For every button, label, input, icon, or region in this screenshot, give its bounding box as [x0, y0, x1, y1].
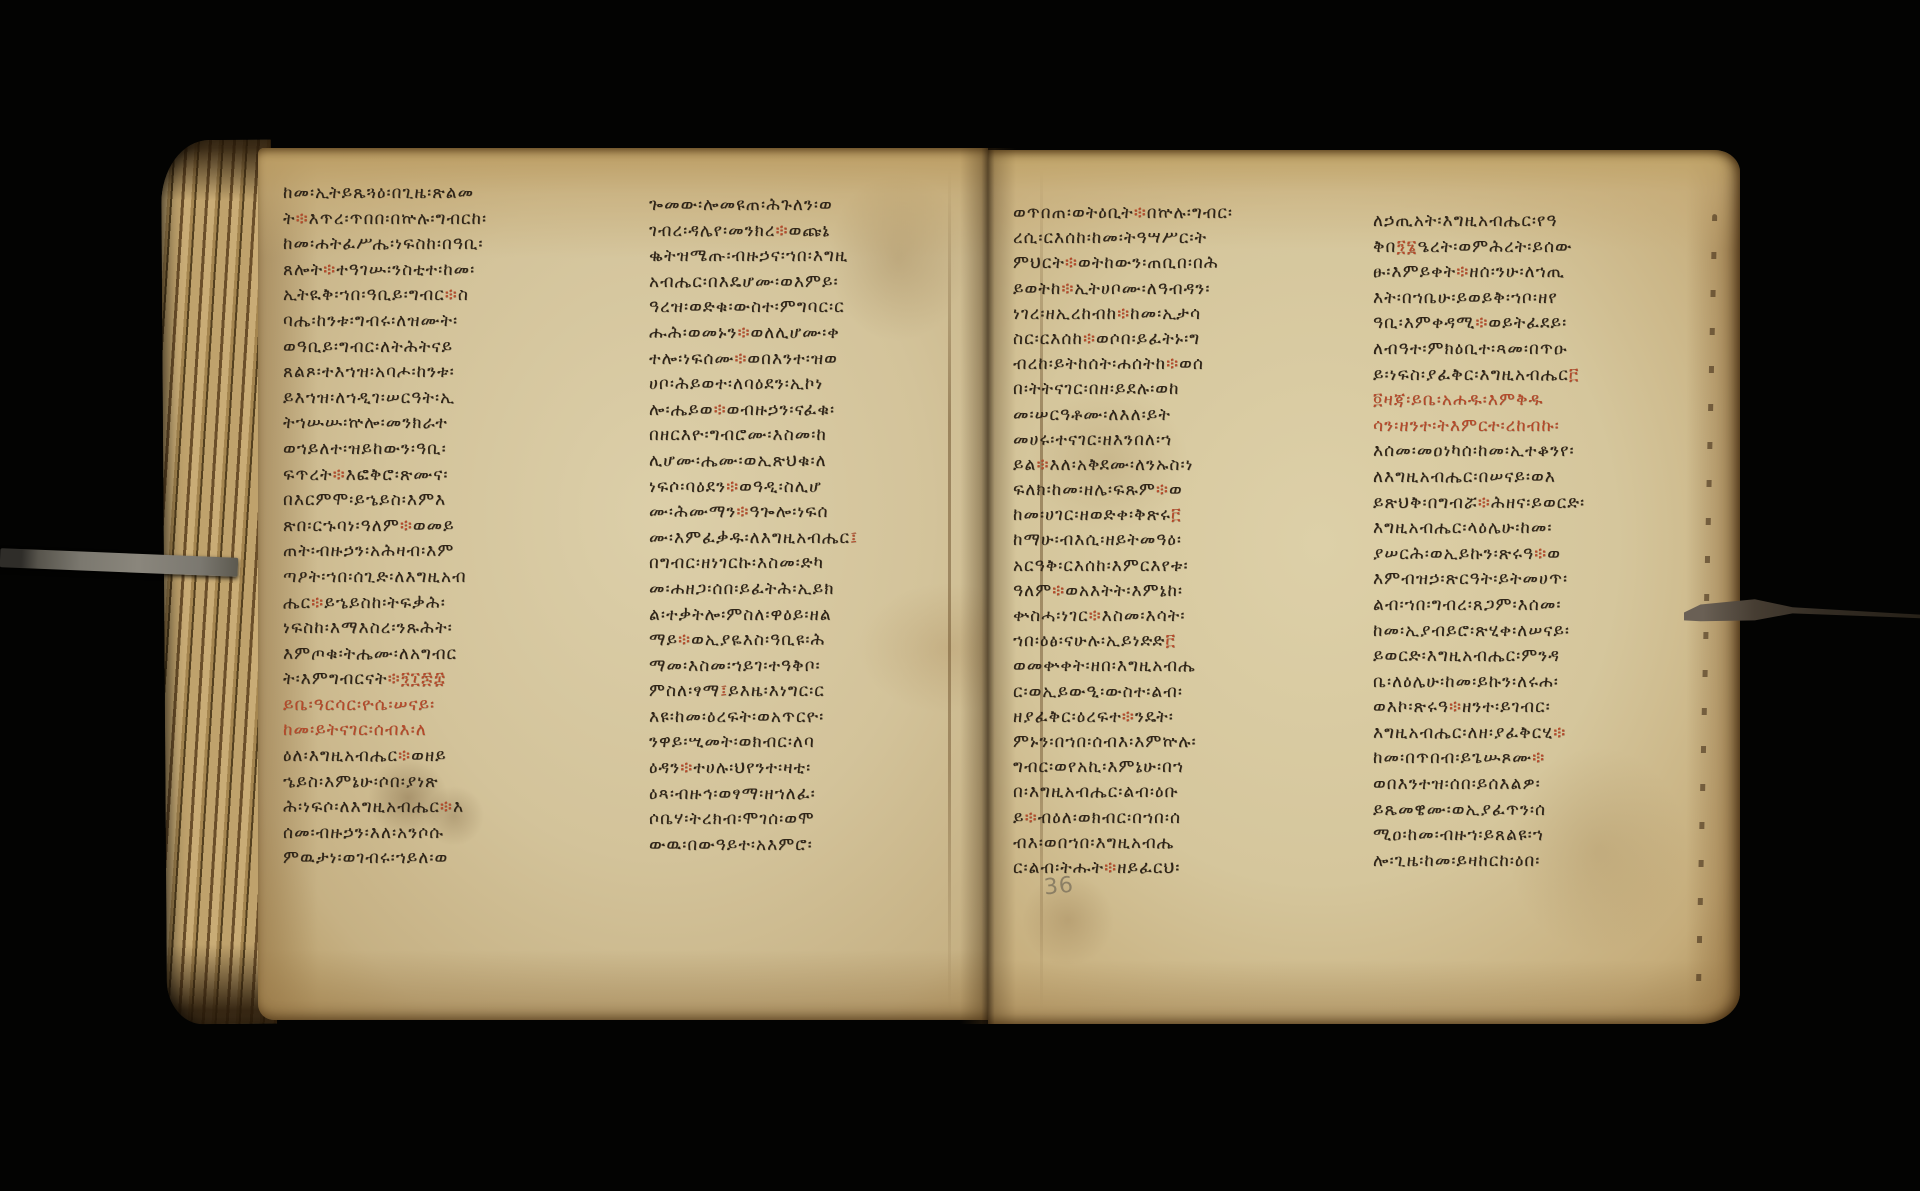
text-line: በግብር፡ዘነገርኩ፡እስመ፡ድካ: [649, 551, 987, 577]
text-line: ያሠርሕ፡ወኢይኩን፡ጽሩዓ፨ወ: [1373, 542, 1715, 568]
text-segment: ወሶበ፡ይፈትኑ፡ግ: [1096, 329, 1200, 349]
text-line: ሎ፡ጊዜ፡ከመ፡ይዛከርከ፡ዕበ፡: [1373, 849, 1715, 875]
text-segment: ፍጥረት: [283, 465, 333, 485]
text-segment: ት: [283, 209, 296, 229]
text-segment: ሀቦ፡ሕይወተ፡ለባዕደን፡ኢኮነ: [649, 374, 823, 394]
text-segment: ዘንተ፡ይገብር፡: [1462, 697, 1551, 717]
text-line: ከመ፡በጥበብ፡ይጌሡጾሙ፨: [1373, 746, 1715, 772]
rubric-text-segment: ፨: [1134, 203, 1147, 223]
text-line: ዓቢ፡እምቀዳሚ፨ወይትፈደይ፡: [1373, 311, 1715, 337]
text-line: በእርምሞ፡ይኄይስ፡እምእ: [283, 488, 639, 514]
rubric-text-segment: ፨: [1117, 304, 1130, 324]
text-line: ሙ፡ሕሙማን፨ዓጐሎ፡ነፍሰ: [649, 500, 987, 526]
pencil-folio-number: 36: [1043, 873, 1075, 901]
text-segment: ወ: [1547, 544, 1561, 564]
text-line: እት፡በኀቤሁ፡ይወይቅ፡ኀቦ፡ዘየ: [1373, 286, 1715, 312]
text-line: ይል፨እለ፡አቅደሙ፡ለንኡስ፡ነ: [1013, 453, 1361, 478]
rubric-text-segment: ፨: [1025, 808, 1038, 828]
text-line: ግብር፡ወየአኪ፡እምኔሁ፡በኀ: [1013, 755, 1361, 780]
text-line: ምዉታነ፡ወገብሩ፡ኀይለ፡ወ: [283, 846, 639, 872]
text-line: ፍጥረት፨እፎቅሮ፡ጽሙና፡: [283, 463, 639, 489]
text-segment: ከመ፡ሀገር፡ዘወድቀ፡ቅጽሩ: [1013, 505, 1171, 525]
text-line: ይወትከ፨ኢትሀቦሙ፡ለዓብዳን፡: [1013, 277, 1361, 302]
text-segment: ኀበ፡ዕፅ፡ናሁሉ፡ኢይነድድ: [1013, 631, 1165, 651]
text-segment: ጸሎት: [283, 260, 323, 280]
text-segment: ጣዖት፡ኀበ፡ሰጊድ፡ለእግዚአብ: [283, 567, 467, 587]
text-line: ፬ዛጃ፡ይቤ፡አሐዱ፡እምቅዱ: [1373, 388, 1715, 414]
text-segment: እምብዝኃ፡ጽርዓት፡ይትመሀጥ፡: [1373, 569, 1568, 589]
text-segment: ስር፡ርእሰከ: [1013, 329, 1083, 349]
text-segment: ሕዘና፡ይወርድ፡: [1491, 493, 1585, 513]
text-line: ዕጻ፡ብዙኅ፡ወፃማ፡ዘኀለፈ፡: [649, 782, 987, 808]
text-segment: ወበእንተዝ፡ሰበ፡ይሰእልዎ፡: [1373, 774, 1541, 794]
rubric-text-segment: ፨: [1478, 493, 1491, 513]
rubric-text-segment: ፨: [1104, 858, 1117, 878]
text-segment: ነፍሶ፡ባዕደን: [649, 477, 726, 497]
text-line: መ፡ሠርዓቶሙ፡ለእለ፡ይት: [1013, 403, 1361, 428]
text-segment: ሔር: [283, 593, 311, 613]
text-segment: ል፡ተቃትሎ፡ምስለ፡ዋዕይ፡ዘል: [649, 605, 832, 625]
text-segment: ልብ፡ኀበ፡ግብረ፡ጸጋም፡እሰመ፡: [1373, 595, 1561, 615]
text-line: አብሔር፡በእዴሆሙ፡ወእምይ፡: [649, 270, 987, 296]
rubric-text-segment: ፫: [1165, 631, 1176, 651]
text-segment: ማይ: [649, 630, 678, 650]
rubric-text-segment: ፨: [1052, 581, 1065, 601]
text-segment: ዘይፈርህ፡: [1117, 858, 1180, 878]
rubric-text-segment: ፨: [1061, 279, 1074, 299]
text-segment: እግዚአብሔር፡ለዘ፡ያፈቅርሂ: [1373, 723, 1553, 743]
text-line: ኄይስ፡እምኔሁ፡ሶበ፡ያነጽ: [283, 770, 639, 796]
text-segment: ይ: [1013, 808, 1025, 828]
text-segment: ይጽህቅ፡በግብሯ: [1373, 493, 1478, 513]
text-line: ይ፡ነፍስ፡ያፈቅር፡እግዚአብሔር፫: [1373, 363, 1715, 389]
text-line: ይወርድ፡እግዚአብሔር፡ምንዳ: [1373, 644, 1715, 670]
text-line: ለኃጢአት፡እግዚአብሔር፡የዓ: [1373, 209, 1715, 235]
text-segment: በ፡ትትናገር፡በዘ፡ይደሉ፡ወከ: [1013, 379, 1180, 399]
text-segment: ወለሊሆሙ፡ቀ: [751, 323, 840, 343]
rubric-text-segment: ፨: [1089, 606, 1102, 626]
text-line: ስር፡ርእሰከ፨ወሶበ፡ይፈትኑ፡ግ: [1013, 327, 1361, 352]
text-segment: ዔረት፡ወምሕረት፡ይሰው: [1417, 237, 1572, 257]
text-segment: ይጼመዌሙ፡ወኢያፈጥን፡ሰ: [1373, 800, 1546, 820]
text-column-right-2: ለኃጢአት፡እግዚአብሔር፡የዓቅበ፺፮ዔረት፡ወምሕረት፡ይሰውፁ፡እምይቀት…: [1373, 209, 1715, 874]
text-line: ወጥበጠ፡ወትዕቢት፨በኵሉ፡ግብር፡: [1013, 201, 1361, 226]
text-segment: ተዓገሡ፡ንስቲተ፡ከመ፡: [336, 260, 475, 280]
text-line: ዓለም፨ወአእትት፡እምኔከ፡: [1013, 579, 1361, 604]
text-segment: ምዉታነ፡ወገብሩ፡ኀይለ፡ወ: [283, 848, 448, 868]
text-segment: ወብዙኃን፡ናፈቁ፡: [727, 400, 836, 420]
text-segment: ንዴት፡: [1135, 707, 1174, 727]
text-segment: እምጦቁ፡ትሔሙ፡ለአግብር: [283, 644, 457, 664]
rubric-text-segment: ፨: [400, 516, 413, 536]
text-segment: ፍለክ፡ከመ፡ዘሌ፡ፍጹም: [1013, 480, 1156, 500]
text-segment: ረሲ፡ርእሰከ፡ከመ፡ትዓሣሥር፡ት: [1013, 228, 1207, 248]
rubric-text-segment: ፨: [726, 477, 739, 497]
text-segment: ቈትዝሜጡ፡ብዙኃና፡ኀበ፡እግዚ: [649, 246, 848, 266]
text-segment: ምስለ፡ፃማ: [649, 681, 720, 701]
text-line: ምኑን፡በኀበ፡ሰብእ፡እምኵሉ፡: [1013, 730, 1361, 755]
rubric-text-segment: ፨: [1449, 697, 1462, 717]
text-segment: እት፡በኀቤሁ፡ይወይቅ፡ኀቦ፡ዘየ: [1373, 288, 1558, 308]
text-segment: ሎ፡ጊዜ፡ከመ፡ይዛከርከ፡ዕበ፡: [1373, 851, 1540, 871]
text-segment: መ፡ሠርዓቶሙ፡ለእለ፡ይት: [1013, 405, 1171, 425]
text-segment: ዘሰ፡ንሁ፡ለኀጢ: [1469, 262, 1565, 282]
text-segment: ዕዳን: [649, 758, 680, 778]
text-segment: ወጩኔ: [789, 221, 831, 241]
text-line: ልብ፡ኀበ፡ግብረ፡ጸጋም፡እሰመ፡: [1373, 593, 1715, 619]
rubric-text-segment: ፨: [736, 502, 749, 522]
text-line: አርዓቅ፡ርእሰከ፡እምርእየቱ፡: [1013, 554, 1361, 579]
rubric-text-segment: ፨: [440, 797, 453, 817]
text-line: ጸሎት፨ተዓገሡ፡ንስቲተ፡ከመ፡: [283, 258, 639, 284]
text-line: ሶቤሃ፡ትረክብ፡ሞገሰ፡ወሞ: [649, 807, 987, 833]
text-line: ከመ፡ሐትፈሥሔ፡ነፍስከ፡በዓቢ፡: [283, 232, 639, 258]
text-segment: ር፡ወኢይውዒ፡ውስተ፡ልብ፡: [1013, 682, 1183, 702]
text-segment: ግብር፡ወየአኪ፡እምኔሁ፡በኀ: [1013, 757, 1184, 777]
rubric-text-segment: ፨: [1456, 262, 1469, 282]
text-segment: ከመ፡ኢታሳ: [1130, 304, 1201, 324]
text-line: ውዉ፡በውዓይተ፡አእምሮ፡: [649, 833, 987, 859]
text-segment: ወይትፈደይ፡: [1488, 313, 1567, 333]
text-line: ወእኮ፡ጽሩዓ፨ዘንተ፡ይገብር፡: [1373, 695, 1715, 721]
text-segment: ብእ፡ወበኀበ፡እግዚአብሔ: [1013, 833, 1174, 853]
text-line: ወመቍቀት፡ዘበ፡እግዚአብሔ: [1013, 654, 1361, 679]
text-segment: ገብረ፡ዳሌየ፡መንክረ: [649, 221, 776, 241]
text-line: ነገረ፡ዘኢረከብከ፨ከመ፡ኢታሳ: [1013, 302, 1361, 327]
text-segment: ወኀይለተ፡ዝይከውን፡ዓቢ፡: [283, 439, 447, 459]
text-segment: ሊሆሙ፡ሔሙ፡ወኢጽህቁ፡ለ: [649, 451, 827, 471]
rubric-text-segment: ፨: [734, 349, 747, 369]
text-line: ቅበ፺፮ዔረት፡ወምሕረት፡ይሰው: [1373, 235, 1715, 261]
text-line: ባሔ፡ከንቱ፡ግብሩ፡ለዝሙት፡: [283, 309, 639, 335]
text-segment: ኄይስ፡እምኔሁ፡ሶበ፡ያነጽ: [283, 772, 439, 792]
text-segment: ሙ፡ሕሙማን: [649, 502, 736, 522]
text-segment: እፎቅሮ፡ጽሙና፡: [346, 465, 449, 485]
text-segment: ነፍስከ፡እማእስረ፡ንጹሕት፡: [283, 618, 453, 638]
text-line: ሕ፡ነፍሶ፡ለእግዚአብሔር፨እ: [283, 795, 639, 821]
text-line: እሰመ፡መዐነካሰ፡ከመ፡ኢተቆንየ፡: [1373, 439, 1715, 465]
text-segment: ጠት፡ብዙኃን፡አሕዛብ፡እም: [283, 541, 454, 561]
text-line: ወኀይለተ፡ዝይከውን፡ዓቢ፡: [283, 437, 639, 463]
text-segment: ምኑን፡በኀበ፡ሰብእ፡እምኵሉ፡: [1013, 732, 1197, 752]
text-segment: ኢትሀቦሙ፡ለዓብዳን፡: [1074, 279, 1210, 299]
text-line: እዩ፡ከመ፡ዕረፍት፡ወአጥርዮ፡: [649, 705, 987, 731]
text-segment: ከመ፡ኢትይጼጓዕ፡በጊዜ፡ጽልመ: [283, 183, 474, 203]
text-segment: ዕለ፡እግዚአብሔር: [283, 746, 398, 766]
text-line: ይቤ፡ዓርሳር፡ዮሴ፡ሠናይ፡: [283, 693, 639, 719]
text-line: ሙ፡እምፈቃዱ፡ለእግዚአብሔር፤: [649, 526, 987, 552]
text-segment: ወእኮ፡ጽሩዓ: [1373, 697, 1449, 717]
text-line: ይእኀዝ፡ለኀዲገ፡ሠርዓት፡ኢ: [283, 386, 639, 412]
text-segment: ተሎ፡ነፍሰሙ: [649, 349, 734, 369]
rubric-text-segment: ከመ፡ይትናገር፡ሰብእ፡ለ: [283, 720, 427, 740]
text-segment: ቤ፡ለዕሌሁ፡ከመ፡ይኩን፡ለሩሐ፡: [1373, 672, 1559, 692]
text-line: ዓረዝ፡ወድቁ፡ውስተ፡ምግባር፡ር: [649, 295, 987, 321]
text-segment: ለእግዚአብሔር፡በሠናይ፡ወእ: [1373, 467, 1556, 487]
text-line: ከመ፡ይትናገር፡ሰብእ፡ለ: [283, 718, 639, 744]
text-line: ቈትዝሜጡ፡ብዙኃና፡ኀበ፡እግዚ: [649, 244, 987, 270]
text-line: ከመ፡ኢያብይሮ፡ጽሂቀ፡ለሠናይ፡: [1373, 619, 1715, 645]
text-line: ከመ፡ሀገር፡ዘወድቀ፡ቅጽሩ፫: [1013, 503, 1361, 528]
text-segment: ከማሁ፡ብእሲ፡ዘይትመዓዕ፡: [1013, 530, 1182, 550]
text-segment: ሰመ፡ብዙኃን፡እለ፡አንሶሱ: [283, 823, 444, 843]
text-line: ቍስሓ፡ነገር፨እስመ፡እሳት፡: [1013, 604, 1361, 629]
rubric-text-segment: ፨: [1475, 313, 1488, 333]
text-segment: ባሔ፡ከንቱ፡ግብሩ፡ለዝሙት፡: [283, 311, 458, 331]
text-segment: ይ፡ነፍስ፡ያፈቅር፡እግዚአብሔር: [1373, 365, 1569, 385]
rubric-text-segment: ፤: [850, 528, 858, 548]
text-segment: ዓቢ፡እምቀዳሚ: [1373, 313, 1475, 333]
text-segment: ወ: [1169, 480, 1183, 500]
text-column-right-1: ወጥበጠ፡ወትዕቢት፨በኵሉ፡ግብር፡ረሲ፡ርእሰከ፡ከመ፡ትዓሣሥር፡ትምህር…: [1013, 201, 1361, 881]
text-segment: ሎ፡ሔይወ: [649, 400, 714, 420]
text-line: ማይ፨ወኢያዬእስ፡ዓቢዩ፡ሕ: [649, 628, 987, 654]
text-line: በ፡እግዚአብሔር፡ልብ፡ዕቡ: [1013, 780, 1361, 805]
text-line: ሚዐ፡ከመ፡ብዙኀ፡ይጸልዩ፡ኀ: [1373, 823, 1715, 849]
text-line: ምስለ፡ፃማ፤ይእዜ፡እነግር፡ር: [649, 679, 987, 705]
text-segment: ዕጻ፡ብዙኅ፡ወፃማ፡ዘኀለፈ፡: [649, 784, 816, 804]
text-line: ዕለ፡እግዚአብሔር፨ወዘይ: [283, 744, 639, 770]
text-segment: ዓጐሎ፡ነፍሰ: [749, 502, 828, 522]
text-segment: በእርምሞ፡ይኄይስ፡እምእ: [283, 490, 446, 510]
text-segment: ይወርድ፡እግዚአብሔር፡ምንዳ: [1373, 646, 1560, 666]
text-line: ኀበ፡ዕፅ፡ናሁሉ፡ኢይነድድ፫: [1013, 629, 1361, 654]
rubric-text-segment: ፨: [1553, 723, 1566, 743]
text-line: ዘያፈቅር፡ዕረፍተ፨ንዴት፡: [1013, 705, 1361, 730]
text-segment: እጥረ፡ጥበበ፡በኵሉ፡ግብርከ፡: [309, 209, 488, 229]
text-segment: ስ: [458, 285, 469, 305]
text-segment: አርዓቅ፡ርእሰከ፡እምርእየቱ፡: [1013, 556, 1189, 576]
rubric-text-segment: ፨: [1122, 707, 1135, 727]
text-line: ለብዓተ፡ምክዕቢተ፡ጻመ፡በጥዑ: [1373, 337, 1715, 363]
text-line: ብረከ፡ይትከሰት፡ሐሰትከ፨ወሰ: [1013, 352, 1361, 377]
rubric-text-segment: ፨: [323, 260, 336, 280]
text-segment: ከመ፡ኢያብይሮ፡ጽሂቀ፡ለሠናይ፡: [1373, 621, 1570, 641]
text-line: እምጦቁ፡ትሔሙ፡ለአግብር: [283, 642, 639, 668]
text-line: እግዚአብሔር፡ላዕሌሁ፡ከመ፡: [1373, 516, 1715, 542]
text-segment: ይእኀዝ፡ለኀዲገ፡ሠርዓት፡ኢ: [283, 388, 455, 408]
text-line: ሎ፡ሔይወ፨ወብዙኃን፡ናፈቁ፡: [649, 398, 987, 424]
text-line: እምብዝኃ፡ጽርዓት፡ይትመሀጥ፡: [1373, 567, 1715, 593]
text-segment: ሚዐ፡ከመ፡ብዙኀ፡ይጸልዩ፡ኀ: [1373, 825, 1544, 845]
text-line: ሊሆሙ፡ሔሙ፡ወኢጽህቁ፡ለ: [649, 449, 987, 475]
text-segment: ትኀሡሡ፡ኵሎ፡መንክራተ: [283, 413, 448, 433]
text-segment: እለ፡አቅደሙ፡ለንኡስ፡ነ: [1049, 455, 1193, 475]
text-segment: ዓለም: [1013, 581, 1052, 601]
text-segment: ቍስሓ፡ነገር: [1013, 606, 1089, 626]
text-line: ጣዖት፡ኀበ፡ሰጊድ፡ለእግዚአብ: [283, 565, 639, 591]
rubric-text-segment: ፨: [1036, 455, 1049, 475]
text-line: በዘርእዮ፡ግብሮሙ፡እስመ፡ከ: [649, 423, 987, 449]
text-segment: ጽበ፡ርኁባነ፡ዓለም: [283, 516, 400, 536]
rubric-text-segment: ፫: [1171, 505, 1182, 525]
text-line: ወዓቢይ፡ግብር፡ለትሕትናይ: [283, 335, 639, 361]
text-segment: ወጥበጠ፡ወትዕቢት: [1013, 203, 1134, 223]
text-line: ለእግዚአብሔር፡በሠናይ፡ወእ: [1373, 465, 1715, 491]
text-segment: ት፡እምግብርናት: [283, 669, 388, 689]
text-segment: እ: [453, 797, 464, 817]
rubric-text-segment: ፨: [1156, 480, 1169, 500]
text-segment: አብሔር፡በእዴሆሙ፡ወእምይ፡: [649, 272, 839, 292]
rubric-text-segment: ፨: [311, 593, 324, 613]
rubric-text-segment: ፨: [296, 209, 309, 229]
text-segment: ወሰ: [1179, 354, 1204, 374]
text-line: ይጼመዌሙ፡ወኢያፈጥን፡ሰ: [1373, 798, 1715, 824]
text-segment: ቅበ: [1373, 237, 1396, 257]
text-segment: ለኃጢአት፡እግዚአብሔር፡የዓ: [1373, 211, 1557, 231]
text-line: ይ፨ብዕለ፡ወክብር፡በኀበ፡ሰ: [1013, 806, 1361, 831]
text-segment: በ፡እግዚአብሔር፡ልብ፡ዕቡ: [1013, 782, 1179, 802]
text-line: ኢትዪቅ፡ኀበ፡ዓቢይ፡ግብር፨ስ: [283, 283, 639, 309]
rubric-text-segment: ፤: [720, 681, 728, 701]
text-segment: በግብር፡ዘነገርኩ፡እስመ፡ድካ: [649, 553, 824, 573]
text-segment: ይኄይስከ፡ትፍቃሕ፡: [324, 593, 446, 613]
text-segment: ይል: [1013, 455, 1036, 475]
text-segment: በዘርእዮ፡ግብሮሙ፡እስመ፡ከ: [649, 425, 827, 445]
text-line: ቤ፡ለዕሌሁ፡ከመ፡ይኩን፡ለሩሐ፡: [1373, 670, 1715, 696]
text-line: ፍለክ፡ከመ፡ዘሌ፡ፍጹም፨ወ: [1013, 478, 1361, 503]
text-segment: ሕ፡ነፍሶ፡ለእግዚአብሔር: [283, 797, 440, 817]
rubric-text-segment: ፨: [737, 323, 750, 343]
text-segment: ወአእትት፡እምኔከ፡: [1065, 581, 1183, 601]
text-segment: ይወትከ: [1013, 279, 1061, 299]
text-segment: ብረከ፡ይትከሰት፡ሐሰትከ: [1013, 354, 1166, 374]
text-segment: ፁ፡እምይቀት: [1373, 262, 1456, 282]
text-segment: ለብዓተ፡ምክዕቢተ፡ጻመ፡በጥዑ: [1373, 339, 1568, 359]
text-segment: ዘያፈቅር፡ዕረፍተ: [1013, 707, 1122, 727]
text-segment: ወበእንተ፡ዝወ: [747, 349, 838, 369]
text-segment: እግዚአብሔር፡ላዕሌሁ፡ከመ፡: [1373, 518, 1552, 538]
text-segment: ያሠርሕ፡ወኢይኩን፡ጽሩዓ: [1373, 544, 1534, 564]
text-line: ሑሕ፡ወመኑን፨ወለሊሆሙ፡ቀ: [649, 321, 987, 347]
text-line: መሀሩ፡ተናገር፡ዘእንበለ፡ኀ: [1013, 428, 1361, 453]
text-segment: ብዕለ፡ወክብር፡በኀበ፡ሰ: [1038, 808, 1181, 828]
text-segment: ውዉ፡በውዓይተ፡አእምሮ፡: [649, 835, 813, 855]
text-column-left-1: ከመ፡ኢትይጼጓዕ፡በጊዜ፡ጽልመት፨እጥረ፡ጥበበ፡በኵሉ፡ግብርከ፡ከመ፡ሐ…: [283, 181, 639, 872]
text-line: ብእ፡ወበኀበ፡እግዚአብሔ: [1013, 831, 1361, 856]
text-line: ትኀሡሡ፡ኵሎ፡መንክራተ: [283, 411, 639, 437]
text-segment: ወትከውን፡ጠቢበ፡በሕ: [1078, 253, 1219, 273]
text-segment: ነገረ፡ዘኢረከብከ: [1013, 304, 1117, 324]
text-line: ጽበ፡ርኁባነ፡ዓለም፨ወመይ: [283, 514, 639, 540]
text-line: ል፡ተቃትሎ፡ምስለ፡ዋዕይ፡ዘል: [649, 603, 987, 629]
rubric-text-segment: ፬ዛጃ፡ይቤ፡አሐዱ፡እምቅዱ: [1373, 390, 1543, 410]
text-line: ጸልጾ፡ተእኀዝ፡አባሖ፡ከንቱ፡: [283, 360, 639, 386]
text-line: ፁ፡እምይቀት፨ዘሰ፡ንሁ፡ለኀጢ: [1373, 260, 1715, 286]
text-segment: መሀሩ፡ተናገር፡ዘእንበለ፡ኀ: [1013, 430, 1172, 450]
text-line: ንዋይ፡ሢመት፡ወክብር፡ለባ: [649, 730, 987, 756]
text-segment: ወዓቢይ፡ግብር፡ለትሕትናይ: [283, 337, 453, 357]
text-line: ምህርት፨ወትከውን፡ጠቢበ፡በሕ: [1013, 251, 1361, 276]
text-line: ከመ፡ኢትይጼጓዕ፡በጊዜ፡ጽልመ: [283, 181, 639, 207]
text-line: ይጽህቅ፡በግብሯ፨ሕዘና፡ይወርድ፡: [1373, 491, 1715, 517]
text-line: ገብረ፡ዳሌየ፡መንክረ፨ወጩኔ: [649, 219, 987, 245]
text-line: ማመ፡እስመ፡ኀይገ፡ተዓቅቦ፡: [649, 654, 987, 680]
text-column-left-2: ጐመው፡ሎመዩጠ፡ሕጉለን፡ወገብረ፡ዳሌየ፡መንክረ፨ወጩኔቈትዝሜጡ፡ብዙኃ…: [649, 193, 987, 858]
text-segment: ወመቍቀት፡ዘበ፡እግዚአብሔ: [1013, 656, 1196, 676]
text-line: ሔር፨ይኄይስከ፡ትፍቃሕ፡: [283, 591, 639, 617]
rubric-text-segment: ፨፺፲፷፰: [388, 669, 446, 689]
rubric-text-segment: ይቤ፡ዓርሳር፡ዮሴ፡ሠናይ፡: [283, 695, 435, 715]
text-segment: ሑሕ፡ወመኑን: [649, 323, 737, 343]
text-line: ት፨እጥረ፡ጥበበ፡በኵሉ፡ግብርከ፡: [283, 207, 639, 233]
text-segment: ከመ፡ሐትፈሥሔ፡ነፍስከ፡በዓቢ፡: [283, 234, 484, 254]
text-segment: ወዘይ: [411, 746, 447, 766]
rubric-text-segment: ፨: [678, 630, 691, 650]
text-line: ሳን፡ዘንተ፡ትእምርተ፡ረከብኩ፡: [1373, 414, 1715, 440]
text-line: ጐመው፡ሎመዩጠ፡ሕጉለን፡ወ: [649, 193, 987, 219]
rubric-text-segment: ፨: [1532, 748, 1545, 768]
rubric-text-segment: ፨: [1166, 354, 1179, 374]
text-segment: ከመ፡በጥበብ፡ይጌሡጾሙ: [1373, 748, 1532, 768]
text-line: ት፡እምግብርናት፨፺፲፷፰: [283, 667, 639, 693]
text-line: ሀቦ፡ሕይወተ፡ለባዕደን፡ኢኮነ: [649, 372, 987, 398]
rubric-text-segment: ፫: [1569, 365, 1580, 385]
text-segment: እስመ፡እሳት፡: [1102, 606, 1186, 626]
text-segment: በኵሉ፡ግብር፡: [1147, 203, 1233, 223]
text-line: ጠት፡ብዙኃን፡አሕዛብ፡እም: [283, 539, 639, 565]
text-line: እግዚአብሔር፡ለዘ፡ያፈቅርሂ፨: [1373, 721, 1715, 747]
rubric-text-segment: ፨: [776, 221, 789, 241]
rubric-text-segment: ፨: [1534, 544, 1547, 564]
text-segment: ወኢያዬእስ፡ዓቢዩ፡ሕ: [691, 630, 825, 650]
text-segment: ኢትዪቅ፡ኀበ፡ዓቢይ፡ግብር: [283, 285, 445, 305]
text-segment: ንዋይ፡ሢመት፡ወክብር፡ለባ: [649, 732, 815, 752]
text-line: በ፡ትትናገር፡በዘ፡ይደሉ፡ወከ: [1013, 377, 1361, 402]
text-line: ነፍስከ፡እማእስረ፡ንጹሕት፡: [283, 616, 639, 642]
text-segment: ወዓዲ፡ስሊሆ: [739, 477, 822, 497]
text-line: ከማሁ፡ብእሲ፡ዘይትመዓዕ፡: [1013, 528, 1361, 553]
rubric-text-segment: ፨: [1083, 329, 1096, 349]
text-line: መ፡ሐዘጋ፡ሰበ፡ይፈትሕ፡ኢይክ: [649, 577, 987, 603]
manuscript-photo: ከመ፡ኢትይጼጓዕ፡በጊዜ፡ጽልመት፨እጥረ፡ጥበበ፡በኵሉ፡ግብርከ፡ከመ፡ሐ…: [0, 0, 1920, 1191]
text-segment: ሙ፡እምፈቃዱ፡ለእግዚአብሔር: [649, 528, 850, 548]
text-segment: ሶቤሃ፡ትረክብ፡ሞገሰ፡ወሞ: [649, 809, 815, 829]
text-segment: ወመይ: [413, 516, 455, 536]
text-segment: ይእዜ፡እነግር፡ር: [728, 681, 825, 701]
text-segment: ተሀሉ፡ህየንተ፡ዛቲ፡: [693, 758, 811, 778]
rubric-text-segment: ፨: [680, 758, 693, 778]
text-line: ር፡ወኢይውዒ፡ውስተ፡ልብ፡: [1013, 680, 1361, 705]
text-line: ወበእንተዝ፡ሰበ፡ይሰእልዎ፡: [1373, 772, 1715, 798]
text-line: ሰመ፡ብዙኃን፡እለ፡አንሶሱ: [283, 821, 639, 847]
text-segment: እሰመ፡መዐነካሰ፡ከመ፡ኢተቆንየ፡: [1373, 441, 1575, 461]
rubric-text-segment: ፺፮: [1396, 237, 1417, 257]
rubric-text-segment: ፨: [398, 746, 411, 766]
rubric-text-segment: ፨: [1065, 253, 1078, 273]
text-segment: ጐመው፡ሎመዩጠ፡ሕጉለን፡ወ: [649, 195, 833, 215]
text-line: ረሲ፡ርእሰከ፡ከመ፡ትዓሣሥር፡ት: [1013, 226, 1361, 251]
rubric-text-segment: ፨: [333, 465, 346, 485]
text-segment: ዓረዝ፡ወድቁ፡ውስተ፡ምግባር፡ር: [649, 297, 845, 317]
text-segment: እዩ፡ከመ፡ዕረፍት፡ወአጥርዮ፡: [649, 707, 824, 727]
rubric-text-segment: ሳን፡ዘንተ፡ትእምርተ፡ረከብኩ፡: [1373, 416, 1560, 436]
rubric-text-segment: ፨: [714, 400, 727, 420]
text-segment: ምህርት: [1013, 253, 1065, 273]
text-line: ነፍሶ፡ባዕደን፨ወዓዲ፡ስሊሆ: [649, 475, 987, 501]
text-segment: ጸልጾ፡ተእኀዝ፡አባሖ፡ከንቱ፡: [283, 362, 455, 382]
text-segment: መ፡ሐዘጋ፡ሰበ፡ይፈትሕ፡ኢይክ: [649, 579, 834, 599]
text-line: ዕዳን፨ተሀሉ፡ህየንተ፡ዛቲ፡: [649, 756, 987, 782]
text-segment: ማመ፡እስመ፡ኀይገ፡ተዓቅቦ፡: [649, 656, 821, 676]
text-line: ተሎ፡ነፍሰሙ፨ወበእንተ፡ዝወ: [649, 347, 987, 373]
rubric-text-segment: ፨: [445, 285, 458, 305]
